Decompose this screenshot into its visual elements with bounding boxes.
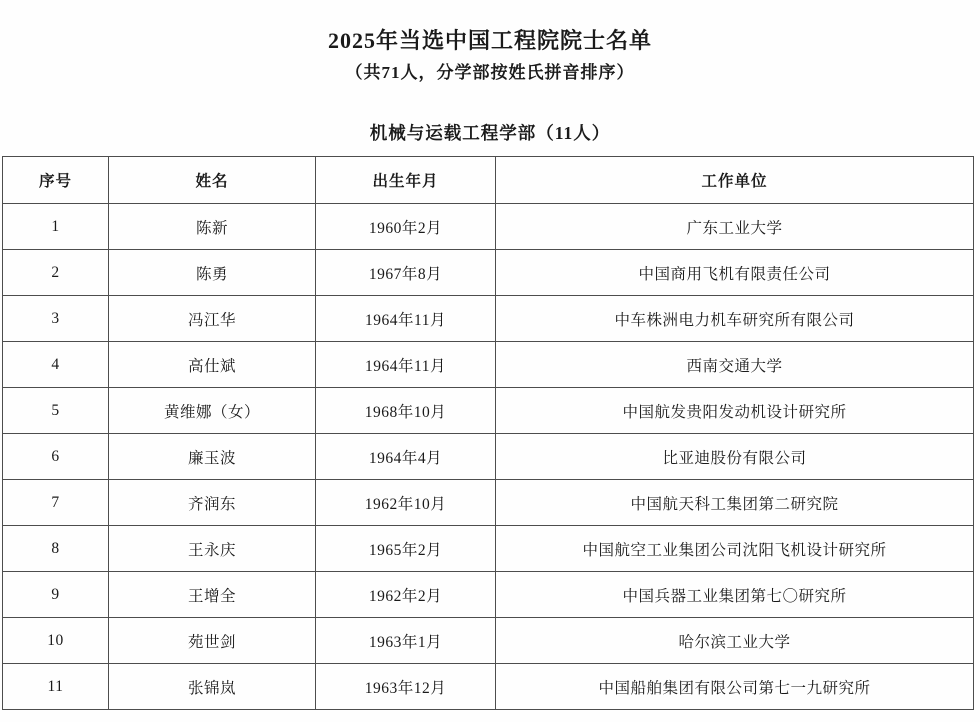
column-header-workunit: 工作单位 bbox=[496, 157, 974, 204]
document-title: 2025年当选中国工程院院士名单 bbox=[0, 0, 980, 54]
cell-index: 2 bbox=[3, 250, 109, 296]
table-row: 6廉玉波1964年4月比亚迪股份有限公司 bbox=[3, 434, 974, 480]
cell-workunit: 中国兵器工业集团第七〇研究所 bbox=[496, 572, 974, 618]
cell-workunit: 中国船舶集团有限公司第七一九研究所 bbox=[496, 664, 974, 710]
cell-birthdate: 1962年10月 bbox=[316, 480, 496, 526]
cell-birthdate: 1967年8月 bbox=[316, 250, 496, 296]
cell-name: 王永庆 bbox=[109, 526, 316, 572]
table-row: 8王永庆1965年2月中国航空工业集团公司沈阳飞机设计研究所 bbox=[3, 526, 974, 572]
table-row: 7齐润东1962年10月中国航天科工集团第二研究院 bbox=[3, 480, 974, 526]
cell-workunit: 广东工业大学 bbox=[496, 204, 974, 250]
cell-name: 苑世剑 bbox=[109, 618, 316, 664]
table-body: 1陈新1960年2月广东工业大学2陈勇1967年8月中国商用飞机有限责任公司3冯… bbox=[3, 204, 974, 710]
cell-index: 3 bbox=[3, 296, 109, 342]
cell-name: 冯江华 bbox=[109, 296, 316, 342]
cell-birthdate: 1965年2月 bbox=[316, 526, 496, 572]
table-row: 1陈新1960年2月广东工业大学 bbox=[3, 204, 974, 250]
cell-birthdate: 1963年1月 bbox=[316, 618, 496, 664]
cell-name: 齐润东 bbox=[109, 480, 316, 526]
cell-name: 陈勇 bbox=[109, 250, 316, 296]
cell-index: 8 bbox=[3, 526, 109, 572]
table-row: 4高仕斌1964年11月西南交通大学 bbox=[3, 342, 974, 388]
cell-workunit: 哈尔滨工业大学 bbox=[496, 618, 974, 664]
cell-index: 1 bbox=[3, 204, 109, 250]
cell-birthdate: 1962年2月 bbox=[316, 572, 496, 618]
document-page: 2025年当选中国工程院院士名单 （共71人，分学部按姓氏拼音排序） 机械与运载… bbox=[0, 0, 980, 722]
cell-index: 9 bbox=[3, 572, 109, 618]
cell-index: 10 bbox=[3, 618, 109, 664]
cell-birthdate: 1968年10月 bbox=[316, 388, 496, 434]
document-subtitle: （共71人，分学部按姓氏拼音排序） bbox=[0, 61, 980, 84]
table-row: 9王增全1962年2月中国兵器工业集团第七〇研究所 bbox=[3, 572, 974, 618]
cell-index: 11 bbox=[3, 664, 109, 710]
table-row: 2陈勇1967年8月中国商用飞机有限责任公司 bbox=[3, 250, 974, 296]
cell-workunit: 中国商用飞机有限责任公司 bbox=[496, 250, 974, 296]
cell-name: 陈新 bbox=[109, 204, 316, 250]
cell-index: 6 bbox=[3, 434, 109, 480]
cell-name: 黄维娜（女） bbox=[109, 388, 316, 434]
section-heading: 机械与运载工程学部（11人） bbox=[0, 122, 980, 145]
cell-birthdate: 1964年11月 bbox=[316, 342, 496, 388]
cell-birthdate: 1964年11月 bbox=[316, 296, 496, 342]
table-row: 5黄维娜（女）1968年10月中国航发贵阳发动机设计研究所 bbox=[3, 388, 974, 434]
cell-birthdate: 1964年4月 bbox=[316, 434, 496, 480]
cell-name: 廉玉波 bbox=[109, 434, 316, 480]
cell-index: 4 bbox=[3, 342, 109, 388]
column-header-name: 姓名 bbox=[109, 157, 316, 204]
cell-index: 5 bbox=[3, 388, 109, 434]
cell-workunit: 中国航空工业集团公司沈阳飞机设计研究所 bbox=[496, 526, 974, 572]
academicians-table: 序号 姓名 出生年月 工作单位 1陈新1960年2月广东工业大学2陈勇1967年… bbox=[2, 156, 974, 710]
table-row: 11张锦岚1963年12月中国船舶集团有限公司第七一九研究所 bbox=[3, 664, 974, 710]
cell-index: 7 bbox=[3, 480, 109, 526]
cell-workunit: 中国航天科工集团第二研究院 bbox=[496, 480, 974, 526]
cell-workunit: 中国航发贵阳发动机设计研究所 bbox=[496, 388, 974, 434]
cell-workunit: 比亚迪股份有限公司 bbox=[496, 434, 974, 480]
table-row: 10苑世剑1963年1月哈尔滨工业大学 bbox=[3, 618, 974, 664]
cell-workunit: 中车株洲电力机车研究所有限公司 bbox=[496, 296, 974, 342]
cell-workunit: 西南交通大学 bbox=[496, 342, 974, 388]
cell-name: 张锦岚 bbox=[109, 664, 316, 710]
cell-birthdate: 1963年12月 bbox=[316, 664, 496, 710]
column-header-index: 序号 bbox=[3, 157, 109, 204]
cell-birthdate: 1960年2月 bbox=[316, 204, 496, 250]
table-row: 3冯江华1964年11月中车株洲电力机车研究所有限公司 bbox=[3, 296, 974, 342]
cell-name: 高仕斌 bbox=[109, 342, 316, 388]
column-header-birthdate: 出生年月 bbox=[316, 157, 496, 204]
cell-name: 王增全 bbox=[109, 572, 316, 618]
table-header-row: 序号 姓名 出生年月 工作单位 bbox=[3, 157, 974, 204]
